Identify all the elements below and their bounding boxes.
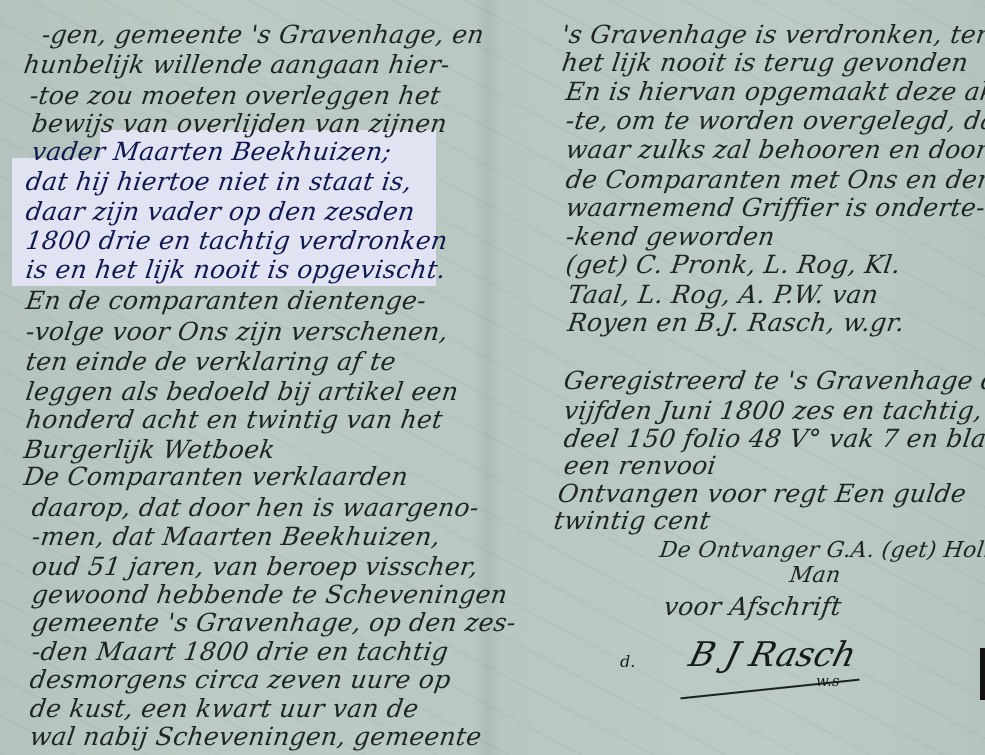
left-line-7-highlighted: daar zijn vader op den zesden xyxy=(24,197,417,226)
left-line-24: de kust, een kwart uur van de xyxy=(28,694,421,723)
left-line-18: -men, dat Maarten Beekhuizen, xyxy=(30,522,442,551)
right-line-1: 's Gravenhage is verdronken, terwijl xyxy=(560,20,985,49)
left-line-21: gemeente 's Gravenhage, op den zes- xyxy=(30,608,518,637)
right-line-6: de Comparanten met Ons en den xyxy=(564,165,985,194)
left-line-17: daarop, dat door hen is waargeno- xyxy=(30,493,481,522)
left-line-20: gewoond hebbende te Scheveningen xyxy=(30,580,509,609)
right-line-4: -te, om te worden overgelegd, daar xyxy=(564,106,985,135)
right-page: 's Gravenhage is verdronken, terwijl het… xyxy=(490,0,985,755)
left-line-13: leggen als bedoeld bij artikel een xyxy=(24,377,460,406)
right-line-10: Taal, L. Rog, A. P.W. van xyxy=(566,280,880,309)
right-line-17: twintig cent xyxy=(552,506,712,535)
receiver-line-1: De Ontvanger G.A. (get) Holle xyxy=(658,538,985,563)
left-line-8-highlighted: 1800 drie en tachtig verdronken xyxy=(24,226,450,255)
left-line-10: En de comparanten dientenge- xyxy=(24,286,428,315)
left-line-23: desmorgens circa zeven uure op xyxy=(28,665,453,694)
right-line-2: het lijk nooit is terug gevonden xyxy=(560,48,970,77)
signature-prefix: d. xyxy=(620,652,635,671)
left-line-5-highlighted: vader Maarten Beekhuizen; xyxy=(30,137,393,166)
signature: B J Rasch xyxy=(685,635,860,675)
left-line-19: oud 51 jaren, van beroep visscher, xyxy=(30,552,480,581)
left-line-4: bewijs van overlijden van zijnen xyxy=(30,109,449,138)
left-line-14: honderd acht en twintig van het xyxy=(24,405,445,434)
right-line-3: En is hiervan opgemaakt deze ak- xyxy=(564,77,985,106)
left-line-25: wal nabij Scheveningen, gemeente xyxy=(28,722,484,751)
right-line-9: (get) C. Pronk, L. Rog, Kl. xyxy=(564,250,902,279)
right-line-7: waarnemend Griffier is onderte- xyxy=(564,193,985,222)
left-line-15: Burgerlijk Wetboek xyxy=(22,435,277,464)
left-line-2: hunbelijk willende aangaan hier- xyxy=(22,50,452,79)
certification-text: voor Afschrift xyxy=(662,592,843,621)
right-line-8: -kend geworden xyxy=(564,222,777,251)
right-line-16: Ontvangen voor regt Een gulde xyxy=(556,479,968,508)
scan-edge-mark xyxy=(980,648,985,700)
left-line-22: -den Maart 1800 drie en tachtig xyxy=(30,637,450,666)
left-line-1: -gen, gemeente 's Gravenhage, en xyxy=(40,20,486,49)
left-line-11: -volge voor Ons zijn verschenen, xyxy=(24,317,450,346)
left-line-9-highlighted: is en het lijk nooit is opgevischt. xyxy=(24,255,448,284)
right-line-15: een renvooi xyxy=(562,451,718,480)
right-line-11: Royen en B.J. Rasch, w.gr. xyxy=(566,308,907,337)
right-line-5: waar zulks zal behooren en door xyxy=(564,135,985,164)
left-page: -gen, gemeente 's Gravenhage, en hunbeli… xyxy=(0,0,490,755)
left-line-16: De Comparanten verklaarden xyxy=(22,462,410,491)
receiver-line-2: Man xyxy=(788,563,842,588)
left-line-6-highlighted: dat hij hiertoe niet in staat is, xyxy=(24,167,414,196)
left-line-12: ten einde de verklaring af te xyxy=(24,347,398,376)
right-line-12: Geregistreerd te 's Gravenhage den xyxy=(562,366,985,395)
right-line-14: deel 150 folio 48 V° vak 7 en bladen xyxy=(562,424,985,453)
right-line-13: vijfden Juni 1800 zes en tachtig, xyxy=(562,396,984,425)
left-line-3: -toe zou moeten overleggen het xyxy=(28,81,443,110)
